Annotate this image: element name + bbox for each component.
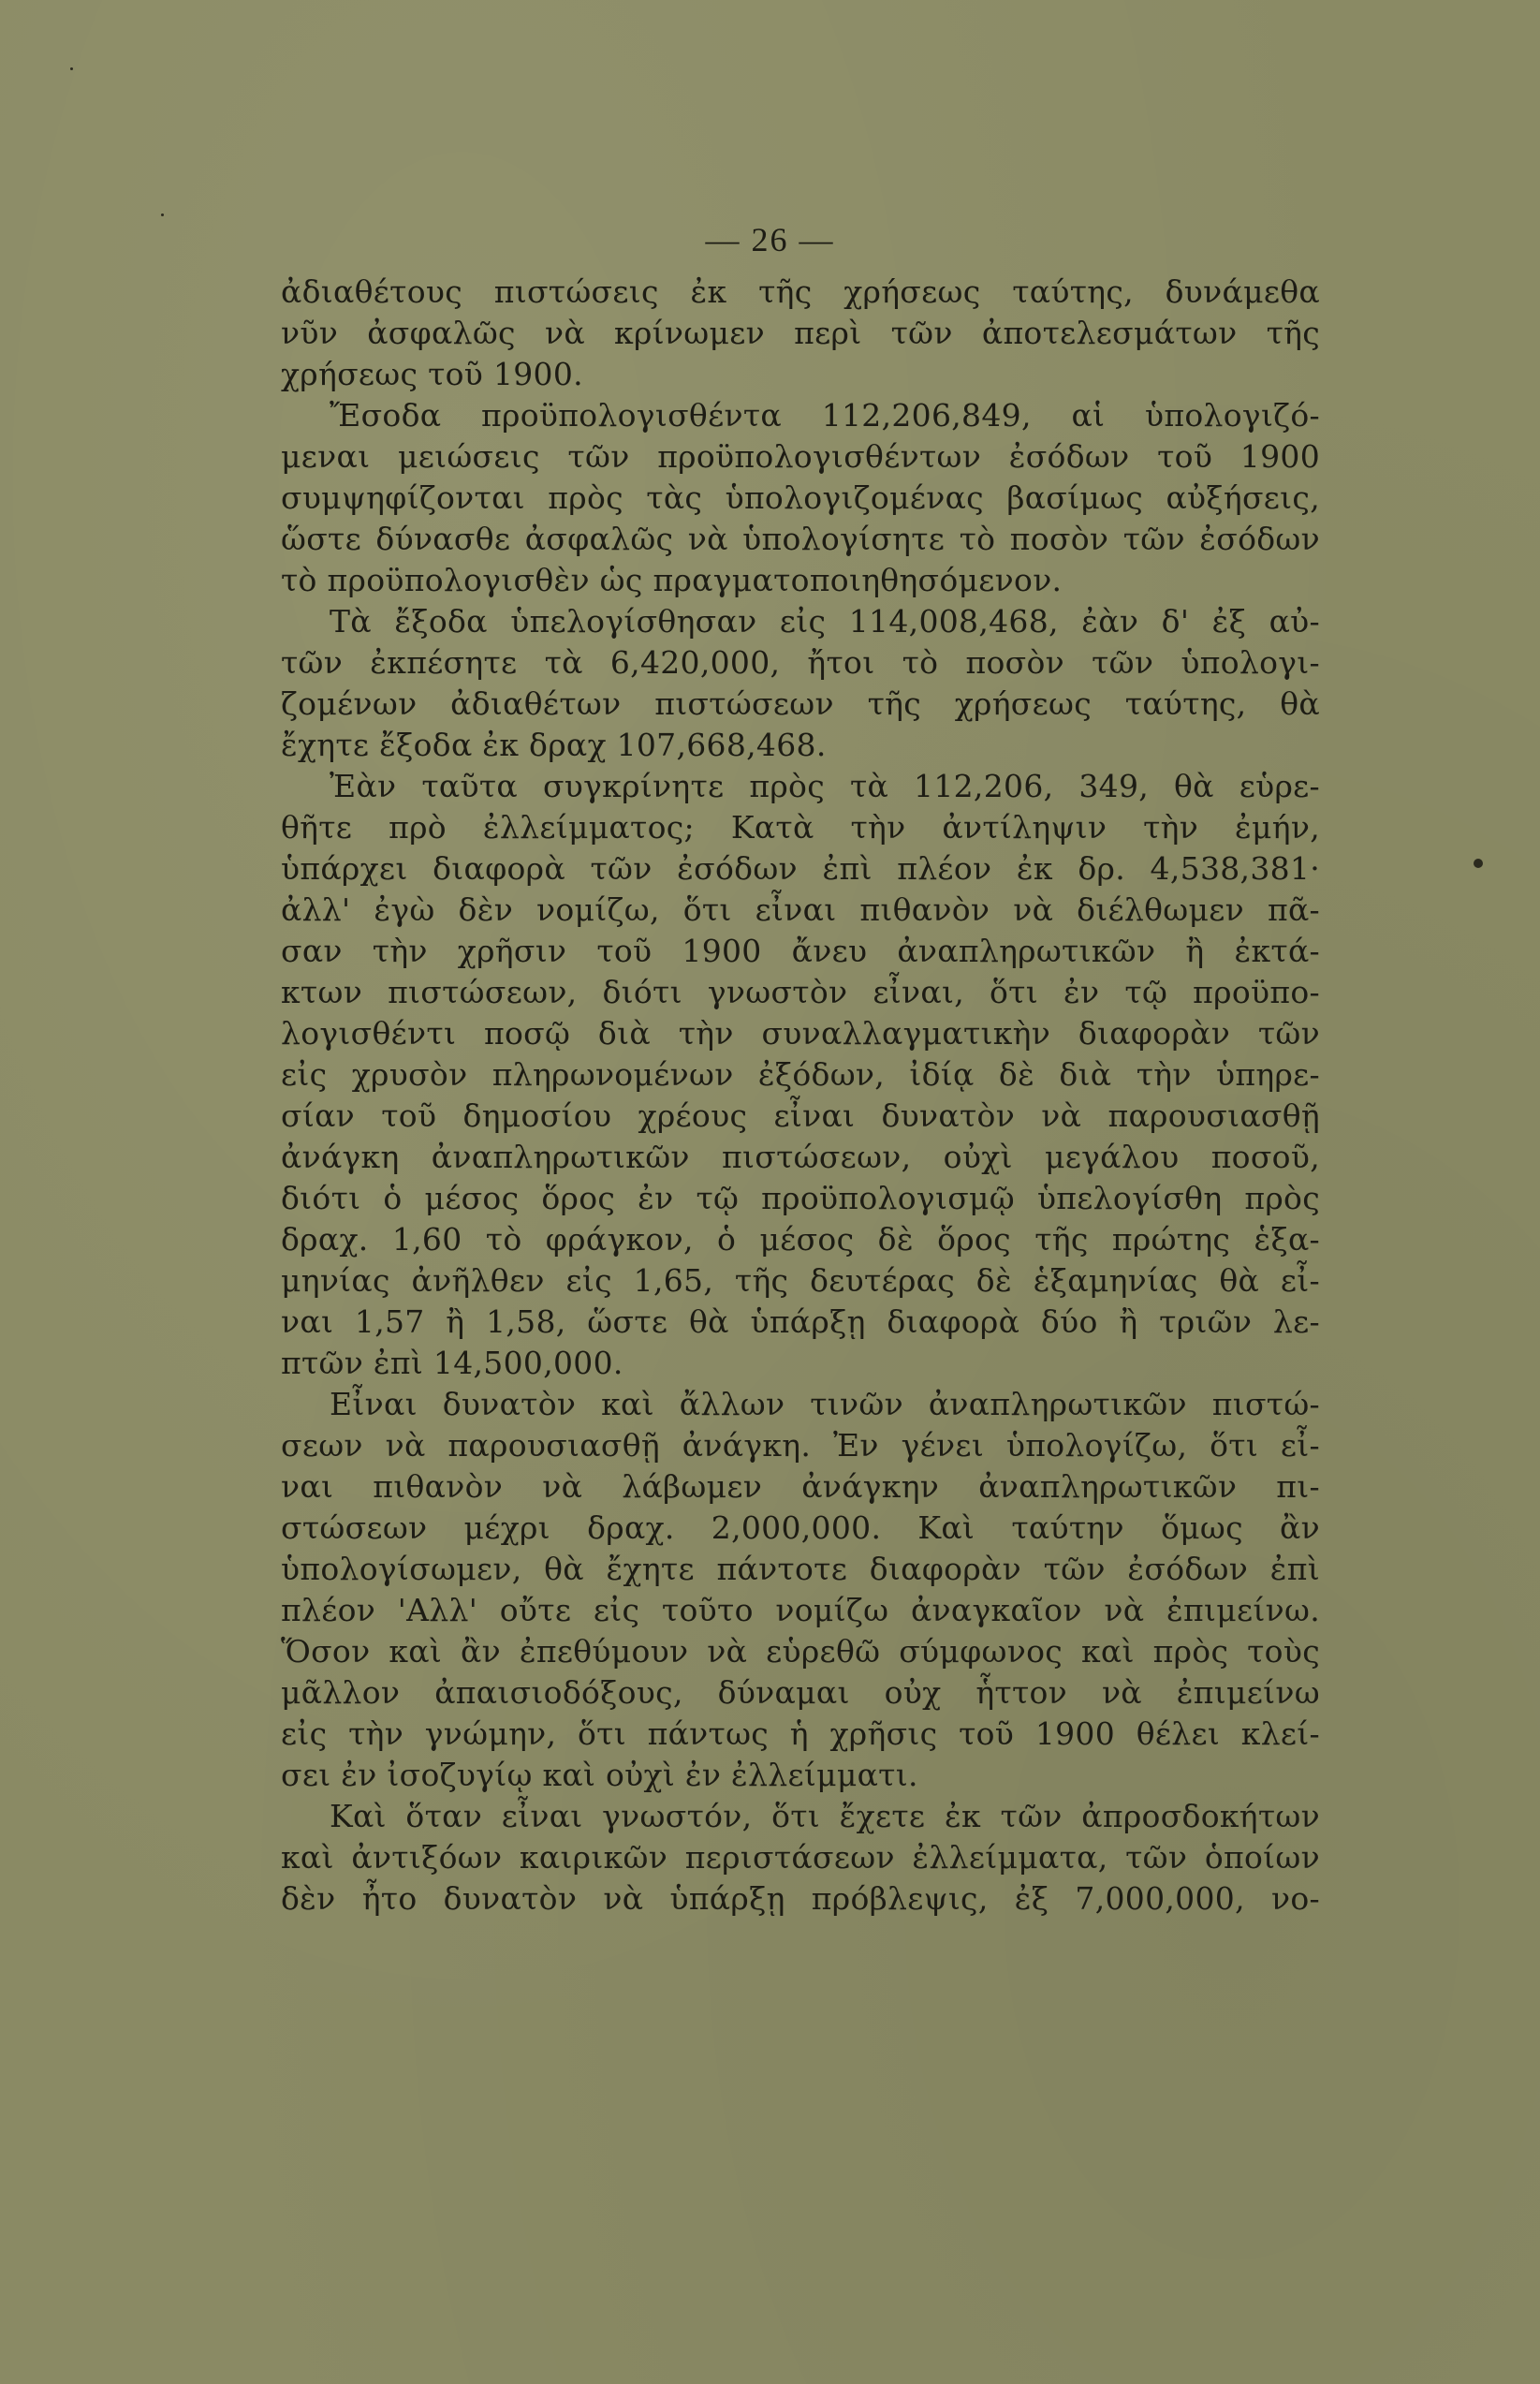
text-line: μεναι μειώσεις τῶν προϋπολογισθέντων ἐσό… [281,436,1320,478]
text-line: συμψηφίζονται πρὸς τὰς ὑπολογιζομένας βα… [281,478,1320,519]
text-line: ἀνάγκη ἀναπληρωτικῶν πιστώσεων, οὐχὶ μεγ… [281,1137,1320,1178]
text-line: μηνίας ἀνῆλθεν εἰς 1,65, τῆς δευτέρας δὲ… [281,1260,1320,1302]
paragraph-start-line: Εἶναι δυνατὸν καὶ ἄλλων τινῶν ἀναπληρωτι… [330,1384,1320,1425]
text-line: μᾶλλον ἀπαισιοδόξους, δύναμαι οὐχ ἧττον … [281,1672,1320,1714]
paragraph-start-line: Ἐὰν ταῦτα συγκρίνητε πρὸς τὰ 112,206, 34… [330,766,1320,807]
text-line: τῶν ἐκπέσητε τὰ 6,420,000, ἤτοι τὸ ποσὸν… [281,642,1320,684]
text-line: δραχ. 1,60 τὸ φράγκον, ὁ μέσος δὲ ὅρος τ… [281,1219,1320,1260]
text-line: πτῶν ἐπὶ 14,500,000. [281,1343,1320,1384]
text-line: λογισθέντι ποσῷ διὰ τὴν συναλλαγματικὴν … [281,1013,1320,1054]
text-line: σαν τὴν χρῆσιν τοῦ 1900 ἄνευ ἀναπληρωτικ… [281,931,1320,972]
text-line: ἀδιαθέτους πιστώσεις ἐκ τῆς χρήσεως ταύτ… [281,272,1320,313]
scanned-book-page: — 26 — ἀδιαθέτους πιστώσεις ἐκ τῆς χρήσε… [0,0,1540,2384]
text-line: στώσεων μέχρι δραχ. 2,000,000. Καὶ ταύτη… [281,1508,1320,1549]
text-line: καὶ ἀντιξόων καιρικῶν περιστάσεων ἐλλείμ… [281,1837,1320,1878]
text-line: κτων πιστώσεων, διότι γνωστὸν εἶναι, ὅτι… [281,972,1320,1013]
text-line: ὑπάρχει διαφορὰ τῶν ἐσόδων ἐπὶ πλέον ἐκ … [281,848,1320,890]
text-line: θῆτε πρὸ ἐλλείμματος; Κατὰ τὴν ἀντίληψιν… [281,807,1320,848]
scan-speck [70,67,73,70]
paragraph-start-line: Τὰ ἔξοδα ὑπελογίσθησαν εἰς 114,008,468, … [330,601,1320,642]
text-line: εἰς τὴν γνώμην, ὅτι πάντως ἡ χρῆσις τοῦ … [281,1714,1320,1755]
page-number: — 26 — [0,220,1540,259]
text-line: χρήσεως τοῦ 1900. [281,354,1320,395]
text-line: νῦν ἀσφαλῶς νὰ κρίνωμεν περὶ τῶν ἀποτελε… [281,313,1320,354]
text-line: σεων νὰ παρουσιασθῇ ἀνάγκη. Ἐν γένει ὑπο… [281,1425,1320,1466]
text-line: πλέον 'Αλλ' οὔτε εἰς τοῦτο νομίζω ἀναγκα… [281,1590,1320,1631]
text-line: ναι 1,57 ἢ 1,58, ὥστε θὰ ὑπάρξῃ διαφορὰ … [281,1302,1320,1343]
text-line: Ὅσον καὶ ἂν ἐπεθύμουν νὰ εὑρεθῶ σύμφωνος… [281,1631,1320,1672]
text-line: ἀλλ' ἐγὼ δὲν νομίζω, ὅτι εἶναι πιθανὸν ν… [281,890,1320,931]
text-line: ὥστε δύνασθε ἀσφαλῶς νὰ ὑπολογίσητε τὸ π… [281,519,1320,560]
scan-speck [1474,859,1483,868]
text-line: εἰς χρυσὸν πληρωνομένων ἐξόδων, ἰδίᾳ δὲ … [281,1054,1320,1096]
text-line: ζομένων ἀδιαθέτων πιστώσεων τῆς χρήσεως … [281,684,1320,725]
text-line: ἔχητε ἔξοδα ἐκ δραχ 107,668,468. [281,725,1320,766]
text-line: ναι πιθανὸν νὰ λάβωμεν ἀνάγκην ἀναπληρωτ… [281,1466,1320,1508]
scan-speck [161,213,164,216]
paragraph-start-line: Ἔσοδα προϋπολογισθέντα 112,206,849, αἱ ὑ… [330,395,1320,436]
text-line: τὸ προϋπολογισθὲν ὡς πραγματοποιηθησόμεν… [281,560,1320,601]
text-line: ὑπολογίσωμεν, θὰ ἔχητε πάντοτε διαφορὰν … [281,1549,1320,1590]
paragraph-start-line: Καὶ ὅταν εἶναι γνωστόν, ὅτι ἔχετε ἐκ τῶν… [330,1796,1320,1837]
text-line: σίαν τοῦ δημοσίου χρέους εἶναι δυνατὸν ν… [281,1096,1320,1137]
text-line: δὲν ἦτο δυνατὸν νὰ ὑπάρξῃ πρόβλεψις, ἐξ … [281,1878,1320,1920]
text-line: διότι ὁ μέσος ὅρος ἐν τῷ προϋπολογισμῷ ὑ… [281,1178,1320,1219]
text-line: σει ἐν ἰσοζυγίῳ καὶ οὐχὶ ἐν ἐλλείμματι. [281,1755,1320,1796]
